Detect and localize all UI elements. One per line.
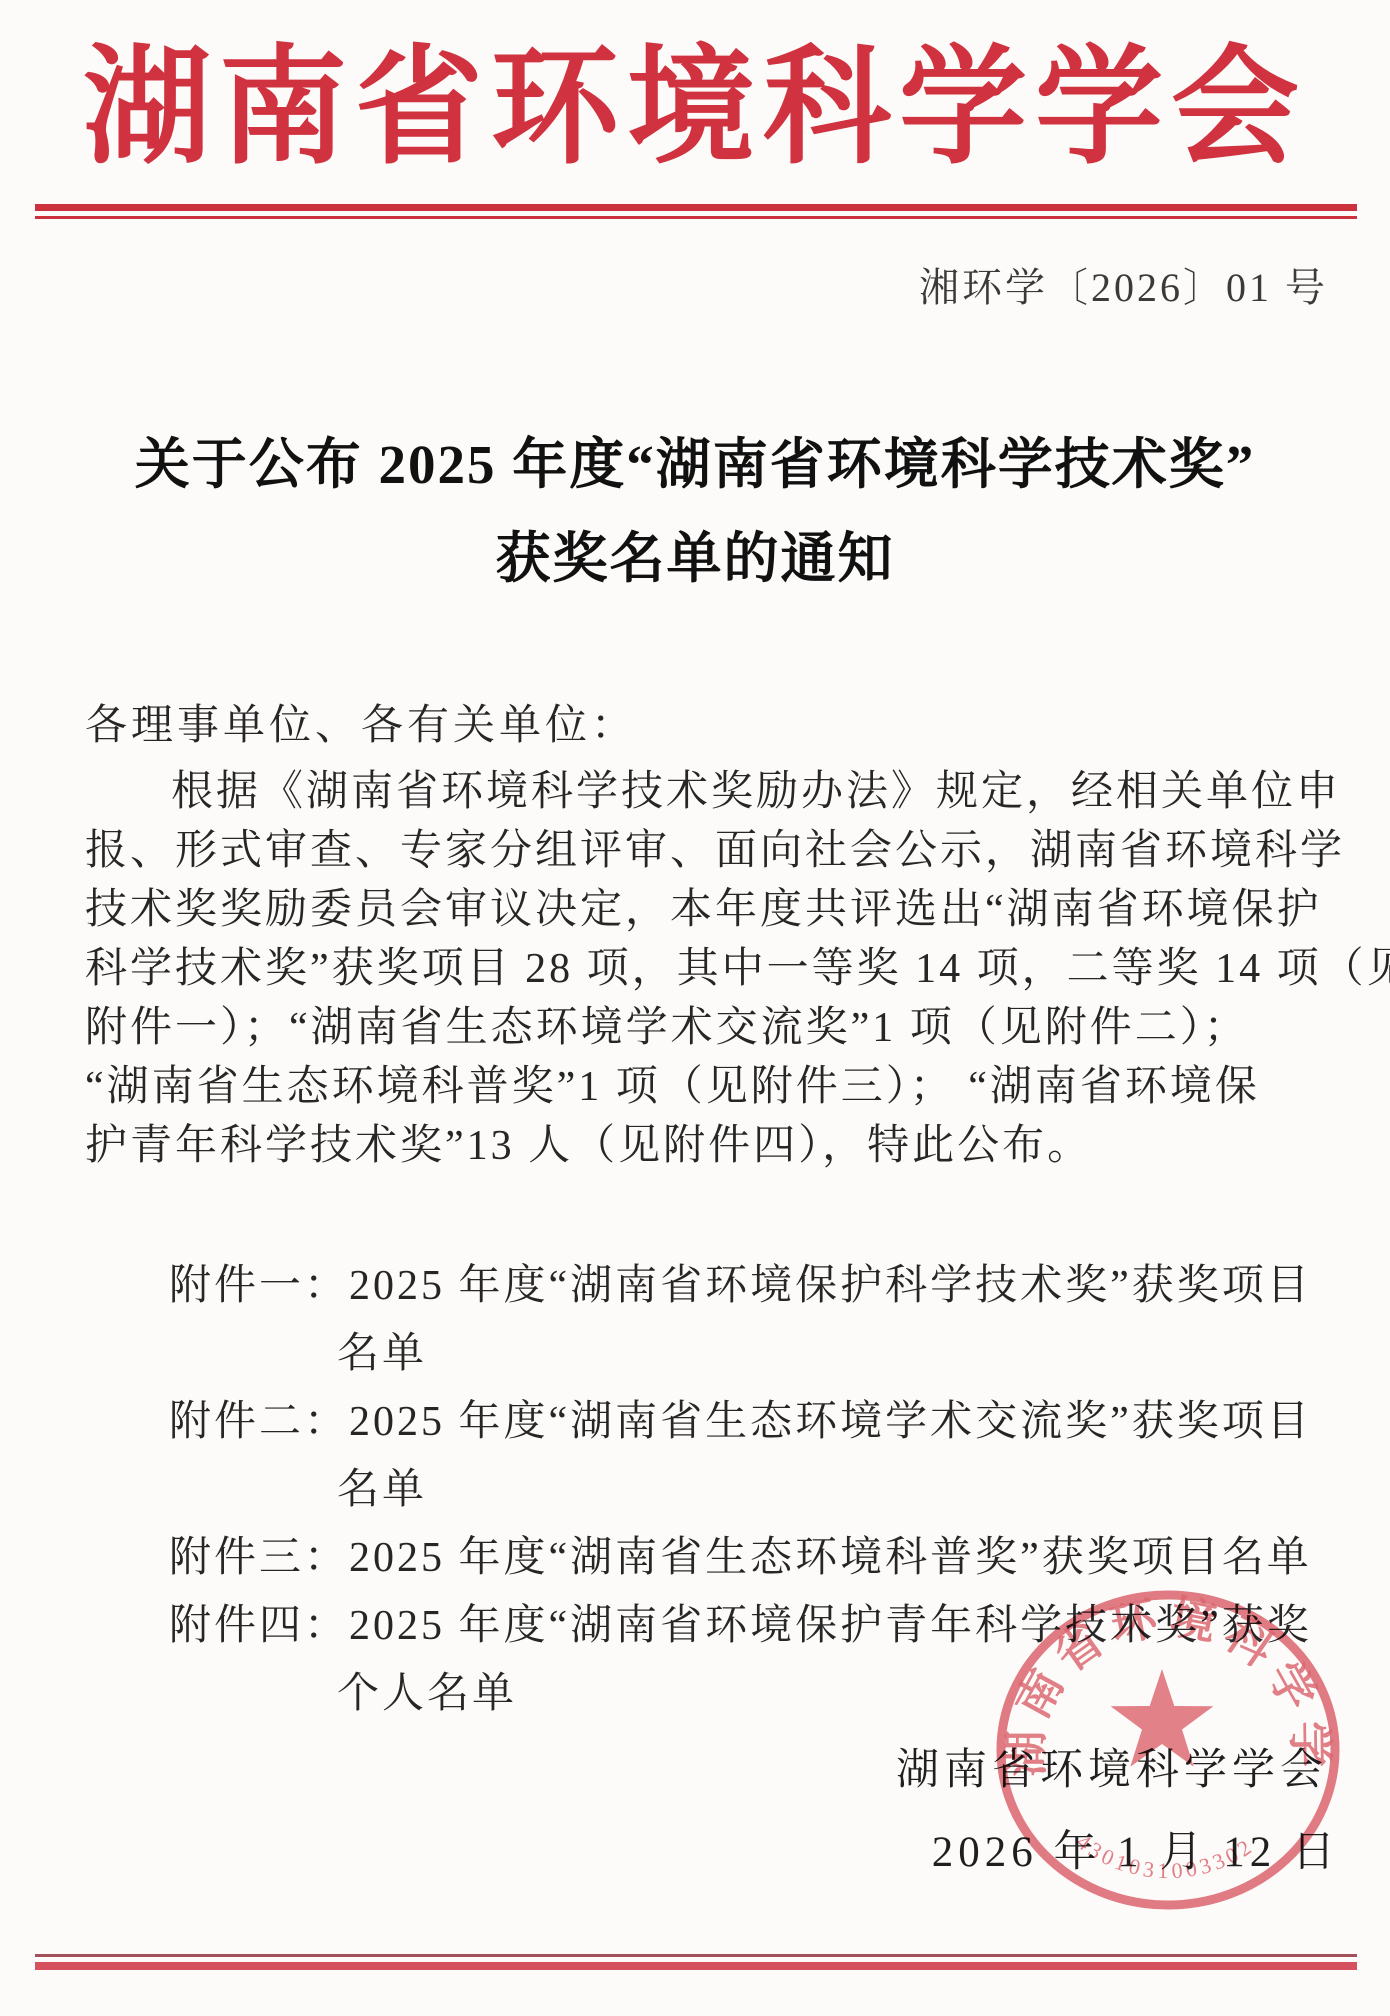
official-notice-page: 湖南省环境科学学会 湘环学〔2026〕01 号 关于公布 2025 年度“湖南省… xyxy=(0,0,1390,2016)
attachment-2-line1: 附件二：2025 年度“湖南省生态环境学术交流奖”获奖项目 xyxy=(85,1388,1335,1456)
body-line: 根据《湖南省环境科学技术奖励办法》规定，经相关单位申 xyxy=(85,763,1335,822)
body-paragraph: 根据《湖南省环境科学技术奖励办法》规定，经相关单位申 报、形式审查、专家分组评审… xyxy=(85,763,1335,1176)
body-line: 报、形式审查、专家分组评审、面向社会公示，湖南省环境科学 xyxy=(85,822,1335,881)
letterhead-rule-thick xyxy=(35,204,1357,211)
seal-serial-container: 4301031003302 xyxy=(1072,1829,1259,1883)
body-line: 护青年科学技术奖”13 人（见附件四），特此公布。 xyxy=(85,1117,1335,1176)
seal-serial-number: 4301031003302 xyxy=(1072,1829,1259,1883)
document-title-line1: 关于公布 2025 年度“湖南省环境科学技术奖” xyxy=(0,418,1390,512)
attachment-2-line2: 名单 xyxy=(85,1456,1335,1524)
official-seal: 湖南省环境科学学会 4301031003302 xyxy=(988,1586,1348,1916)
letterhead-rule-thin xyxy=(35,216,1357,219)
attachment-3-line1: 附件三：2025 年度“湖南省生态环境科普奖”获奖项目名单 xyxy=(85,1524,1335,1592)
seal-star-icon xyxy=(1111,1669,1214,1767)
attachment-1-line1: 附件一：2025 年度“湖南省环境保护科学技术奖”获奖项目 xyxy=(85,1252,1335,1320)
document-title: 关于公布 2025 年度“湖南省环境科学技术奖” 获奖名单的通知 xyxy=(0,418,1390,606)
document-title-line2: 获奖名单的通知 xyxy=(0,512,1390,606)
attachment-1-line2: 名单 xyxy=(85,1320,1335,1388)
body-line: 技术奖奖励委员会审议决定，本年度共评选出“湖南省环境保护 xyxy=(85,881,1335,940)
footer-rule-thin xyxy=(35,1954,1357,1957)
body-line: 科学技术奖”获奖项目 28 项，其中一等奖 14 项，二等奖 14 项（见 xyxy=(85,940,1335,999)
body-line: 附件一）；“湖南省生态环境学术交流奖”1 项（见附件二）； xyxy=(85,999,1335,1058)
footer-rule-thick xyxy=(35,1962,1357,1970)
salutation: 各理事单位、各有关单位： xyxy=(85,692,637,752)
document-number: 湘环学〔2026〕01 号 xyxy=(919,256,1328,313)
letterhead-org-name: 湖南省环境科学学会 xyxy=(0,28,1390,188)
body-line: “湖南省生态环境科普奖”1 项（见附件三）； “湖南省环境保 xyxy=(85,1058,1335,1117)
